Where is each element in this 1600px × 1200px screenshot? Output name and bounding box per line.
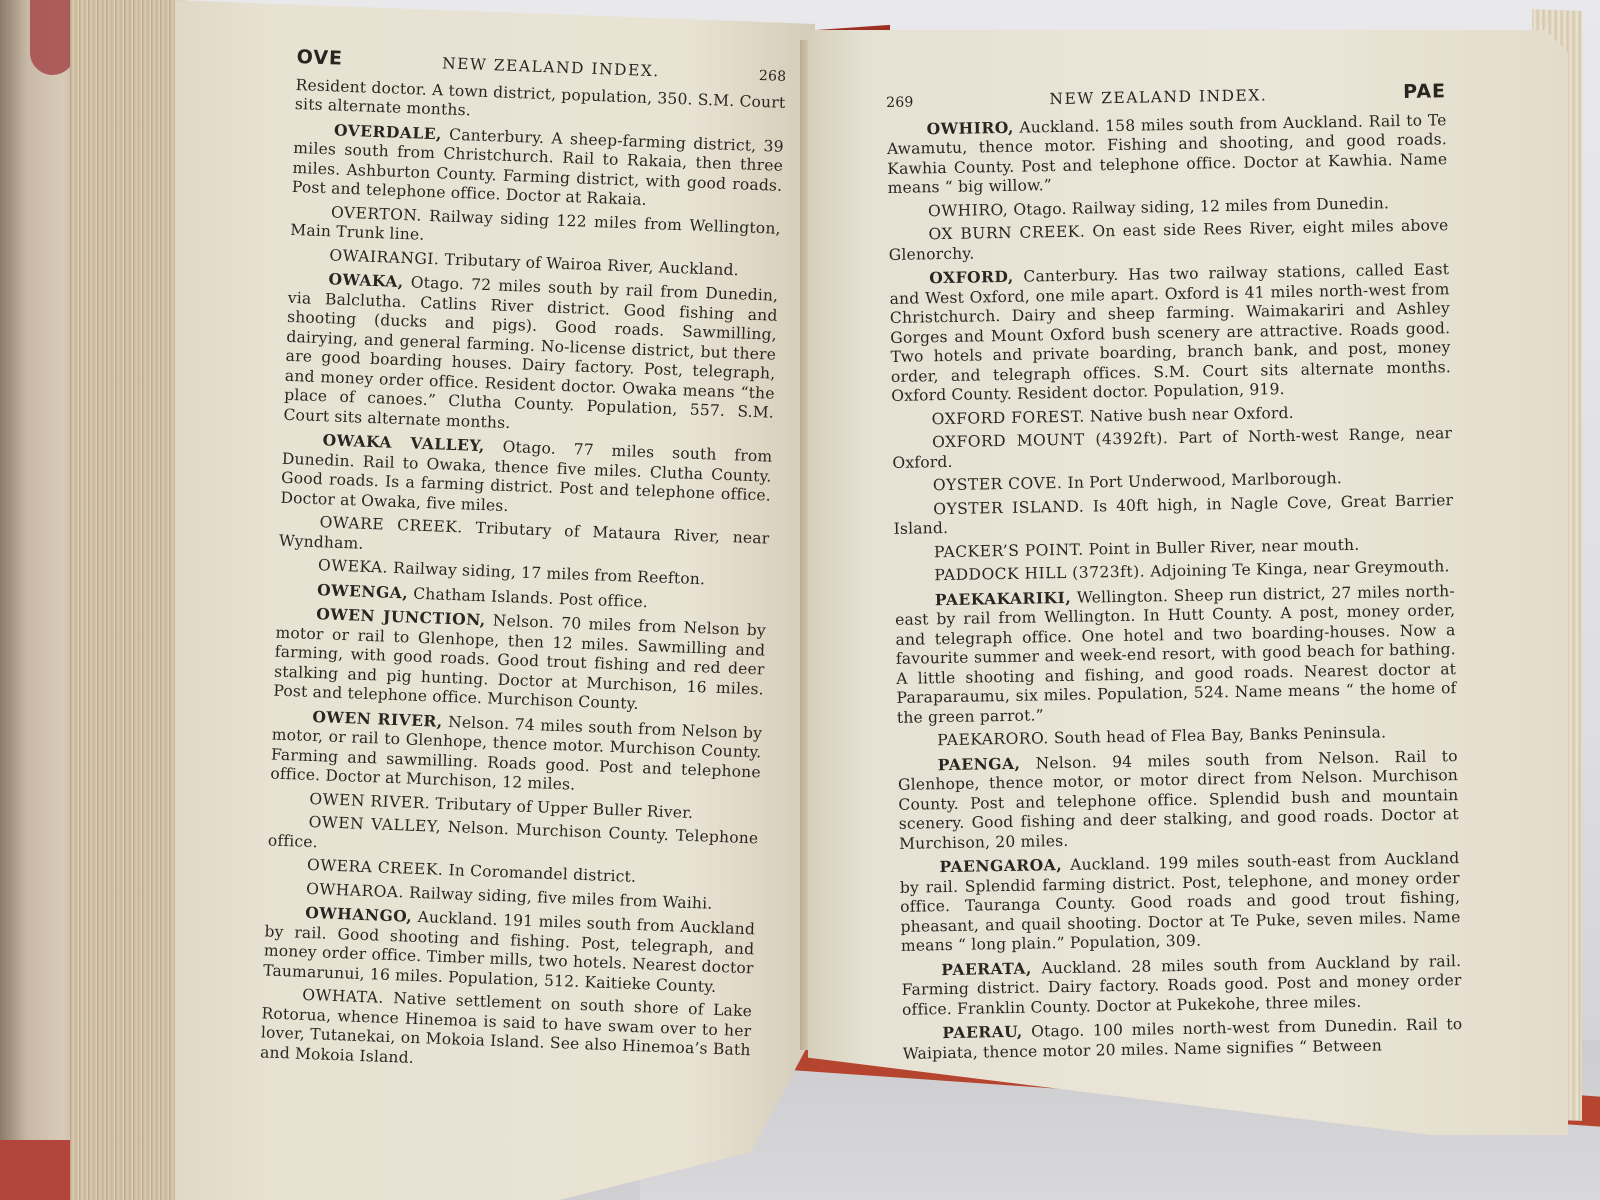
entry-name: OWAKA, <box>328 269 404 291</box>
entry-name: OYSTER COVE. <box>933 474 1063 494</box>
entry-description: Native bush near Oxford. <box>1090 403 1294 425</box>
entry-name: OVERTON. <box>331 203 422 224</box>
left-running-title: NEW ZEALAND INDEX. <box>442 54 660 81</box>
entry-name: OX BURN CREEK. <box>928 223 1085 244</box>
index-entry: PAENGAROA, Auckland. 199 miles south-eas… <box>899 848 1461 956</box>
entry-name: OXFORD MOUNT (4392ft). <box>932 429 1168 451</box>
right-guide-word: PAE <box>1403 82 1446 102</box>
right-entries: OWHIRO, Auckland. 158 miles south from A… <box>886 110 1462 1064</box>
left-entries: Resident doctor. A town district, popula… <box>260 75 786 1080</box>
entry-region: Nelson. <box>493 612 555 632</box>
entry-name: PAENGA, <box>938 753 1021 773</box>
right-page-text: 269 NEW ZEALAND INDEX. PAE OWHIRO, Auckl… <box>886 82 1463 1068</box>
entry-name: OWHATA. <box>302 986 384 1007</box>
entry-name: PAERATA, <box>941 958 1032 979</box>
right-running-head: 269 NEW ZEALAND INDEX. PAE <box>886 82 1446 113</box>
entry-name: OVERDALE, <box>334 120 443 143</box>
page-stack-left <box>70 0 185 1200</box>
cover-red-corner <box>30 0 75 75</box>
entry-region: Auckland. <box>1019 117 1099 136</box>
entry-region: Wellington. <box>1077 587 1169 607</box>
entry-name: OWEN VALLEY, <box>308 813 441 836</box>
entry-region: Auckland. <box>1070 855 1150 874</box>
entry-description: Adjoining Te Kinga, near Greymouth. <box>1150 557 1450 580</box>
entry-name: OWHANGO, <box>305 903 413 926</box>
entry-name: PADDOCK HILL (3723ft). <box>934 563 1145 585</box>
entry-name: PAEKARORO. <box>937 729 1049 749</box>
entry-region: Otago. <box>410 273 464 293</box>
index-entry: OXFORD, Canterbury. Has two railway stat… <box>889 259 1451 406</box>
entry-description: 72 miles south by rail from Dunedin, via… <box>283 276 778 432</box>
entry-name: OWEKA. <box>318 556 389 577</box>
index-entry: OWAKA, Otago. 72 miles south by rail fro… <box>283 268 778 443</box>
index-entry: OVERDALE, Canterbury. A sheep-farming di… <box>292 118 785 215</box>
entry-region: Canterbury. <box>449 125 545 146</box>
index-entry: PAENGA, Nelson. 94 miles south from Nels… <box>898 746 1460 854</box>
entry-region: Auckland. <box>417 908 498 929</box>
left-page-text: OVE NEW ZEALAND INDEX. 268 Resident doct… <box>260 48 787 1084</box>
entry-region: Chatham Islands. <box>413 584 554 607</box>
entry-region: Nelson. <box>448 818 510 838</box>
entry-description: Tributary of Upper Buller River. <box>435 794 693 821</box>
entry-name: PAERAU, <box>942 1022 1023 1042</box>
entry-region: Canterbury. <box>1023 266 1118 286</box>
index-entry: OXFORD MOUNT (4392ft). Part of North-wes… <box>892 424 1453 473</box>
entry-name: OWHIRO, <box>928 200 1008 219</box>
entry-name: OWENGA, <box>317 580 409 602</box>
entry-region: Otago. <box>1013 199 1067 218</box>
right-page: 269 NEW ZEALAND INDEX. PAE OWHIRO, Auckl… <box>808 30 1568 1135</box>
index-entry: OWHANGO, Auckland. 191 miles south from … <box>263 901 756 998</box>
entry-name: PAEKAKARIKI, <box>935 587 1072 608</box>
entry-region: Auckland. <box>1041 958 1121 977</box>
index-entry: OWAKA VALLEY, Otago. 77 miles south from… <box>280 429 773 526</box>
entry-name: OWHIRO, <box>926 117 1014 138</box>
entry-description: 191 miles south from Auckland by rail. G… <box>263 911 755 995</box>
entry-name: OWEN RIVER, <box>312 707 443 731</box>
entry-description: Post office. <box>558 589 648 610</box>
right-running-title: NEW ZEALAND INDEX. <box>1049 86 1267 109</box>
entry-name: PAENGAROA, <box>939 855 1062 876</box>
index-entry: OX BURN CREEK. On east side Rees River, … <box>888 216 1449 265</box>
index-entry: PAERAU, Otago. 100 miles north-west from… <box>902 1014 1463 1064</box>
entry-name: OWEN RIVER. <box>309 789 430 811</box>
index-entry: PAEKAKARIKI, Wellington. Sheep run distr… <box>895 581 1457 728</box>
index-entry: OWEN RIVER, Nelson. 74 miles south from … <box>270 705 763 802</box>
left-page-number: 268 <box>759 67 787 87</box>
entry-description: Railway siding, 12 miles from Dunedin. <box>1072 194 1390 218</box>
entry-name: OXFORD FOREST. <box>932 407 1085 428</box>
entry-name: OWAIRANGI. <box>329 246 440 268</box>
entry-description: In Port Underwood, Marlborough. <box>1067 469 1342 492</box>
entry-name: OWERA CREEK. <box>307 856 444 879</box>
index-entry: OWHIRO, Auckland. 158 miles south from A… <box>886 110 1447 199</box>
entry-region: Nelson. <box>1035 753 1097 772</box>
left-guide-word: OVE <box>296 48 343 69</box>
entry-name: OYSTER ISLAND. <box>933 497 1084 518</box>
index-entry: OYSTER ISLAND. Is 40ft high, in Nagle Co… <box>893 491 1454 540</box>
index-entry: PAERATA, Auckland. 28 miles south from A… <box>901 951 1462 1020</box>
left-page: OVE NEW ZEALAND INDEX. 268 Resident doct… <box>175 0 815 1200</box>
entry-description: Point in Buller River, near mouth. <box>1089 535 1360 558</box>
entry-description: South head of Flea Bay, Banks Peninsula. <box>1054 723 1387 747</box>
entry-description: In Coromandel district. <box>448 861 636 886</box>
entry-region: Nelson. <box>448 712 510 732</box>
entry-name: OXFORD, <box>929 267 1014 287</box>
entry-region: Otago. <box>1031 1022 1085 1041</box>
entry-name: PACKER’S POINT. <box>934 540 1084 561</box>
entry-name: OWHAROA. <box>306 879 404 901</box>
index-entry: OWHATA. Native settlement on south shore… <box>260 984 753 1080</box>
right-page-number: 269 <box>886 94 914 114</box>
index-entry: OWEN JUNCTION, Nelson. 70 miles from Nel… <box>273 603 766 719</box>
entry-region: Otago. <box>502 438 556 458</box>
